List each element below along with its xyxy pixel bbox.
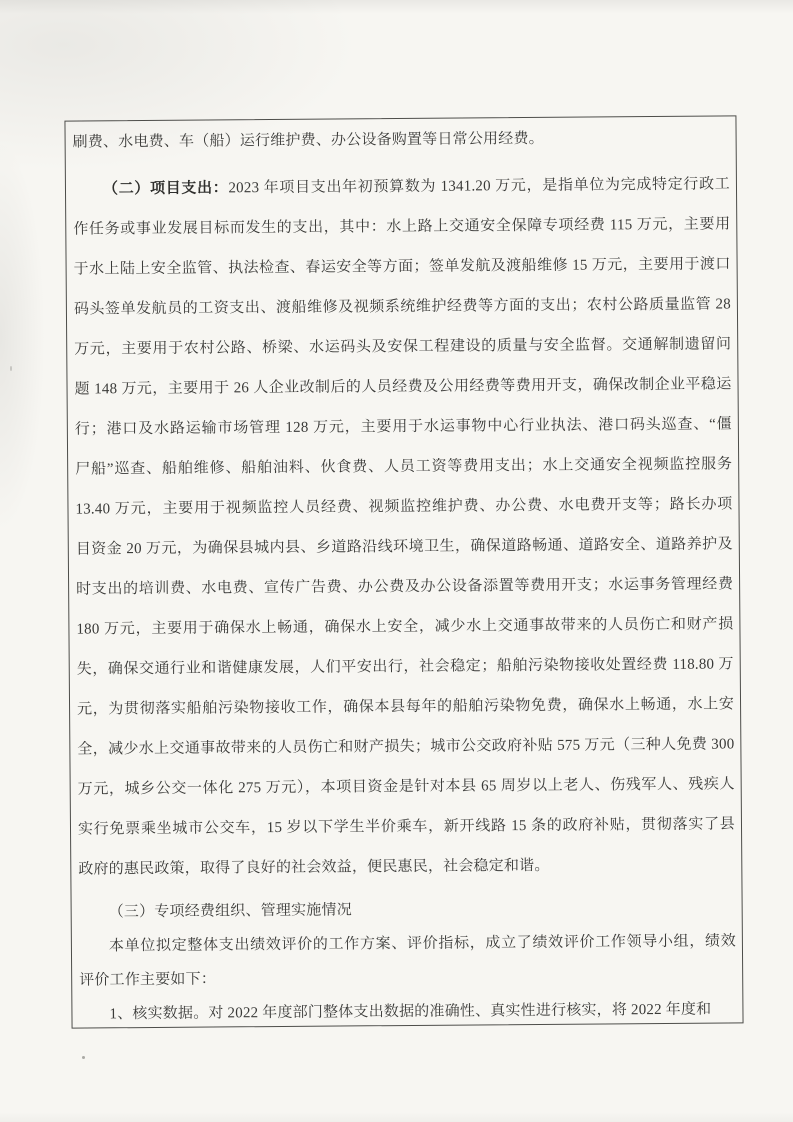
text-line: 行；港口及水路运输市场管理 128 万元，主要用于水运事物中心行业执法、港口码头… xyxy=(75,404,732,449)
text-line: 刷费、水电费、车（船）运行维护费、办公设备购置等日常公用经费。 xyxy=(72,117,729,162)
paragraph: 1、核实数据。对 2022 年度部门整体支出数据的准确性、真实性进行核实，将 2… xyxy=(79,992,736,1028)
text-line: 全，减少水上交通事故带来的人员伤亡和财产损失；城市公交政府补贴 575 万元（三… xyxy=(77,724,734,769)
scanned-page: { "colors": { "page_bg": "#f7f6f2", "tex… xyxy=(0,0,793,1122)
text-line: 元，为贯彻落实船舶污染物接收工作，确保本县每年的船舶污染物免费，确保水上畅通，水… xyxy=(77,684,734,729)
paragraph: 本单位拟定整体支出绩效评价的工作方案、评价指标，成立了绩效评价工作领导小组，绩效… xyxy=(79,924,737,997)
scan-speck xyxy=(10,366,12,371)
text-line: 码头签单发航员的工资支出、渡船维修及视频系统维护经费等方面的支出；农村公路质量监… xyxy=(74,284,731,329)
text-line: 题 148 万元，主要用于 26 人企业改制后的人员经费及公用经费等费用开支，确… xyxy=(74,364,731,409)
paragraph: 刷费、水电费、车（船）运行维护费、办公设备购置等日常公用经费。 xyxy=(72,117,729,162)
paragraph-heading: （二）项目支出： xyxy=(103,180,229,197)
text-line: 180 万元，主要用于确保水上畅通，确保水上安全，减少水上交通事故带来的人员伤亡… xyxy=(76,604,733,649)
text-line: 评价工作主要如下： xyxy=(79,958,736,997)
text-line: 目资金 20 万元，为确保县城内县、乡道路沿线环境卫生，确保道路畅通、道路安全、… xyxy=(76,524,733,569)
text-line: 于水上陆上安全监管、执法检查、春运安全等方面；签单发航及渡船维修 15 万元，主… xyxy=(73,244,730,289)
text-line: 本单位拟定整体支出绩效评价的工作方案、评价指标，成立了绩效评价工作领导小组，绩效 xyxy=(79,924,736,963)
paragraph: （三）专项经费组织、管理实施情况 xyxy=(79,890,736,929)
text-line: 万元，城乡公交一体化 275 万元），本项目资金是针对本县 65 周岁以上老人、… xyxy=(78,764,735,809)
scan-speck xyxy=(82,1056,85,1059)
text-line: 1、核实数据。对 2022 年度部门整体支出数据的准确性、真实性进行核实，将 2… xyxy=(79,992,736,1028)
document-body: 刷费、水电费、车（船）运行维护费、办公设备购置等日常公用经费。（二）项目支出：2… xyxy=(72,117,736,1028)
document-frame: 刷费、水电费、车（船）运行维护费、办公设备购置等日常公用经费。（二）项目支出：2… xyxy=(64,115,743,1028)
text-line: 尸船”巡查、船舶维修、船舶油料、伙食费、人员工资等费用支出；水上交通安全视频监控… xyxy=(75,444,732,489)
text-line: 作任务或事业发展目标而发生的支出，其中：水上路上交通安全保障专项经费 115 万… xyxy=(73,204,730,249)
text-line: 时支出的培训费、水电费、宣传广告费、办公费及办公设备添置等费用开支；水运事务管理… xyxy=(76,564,733,609)
text-line: 万元，主要用于农村公路、桥梁、水运码头及安保工程建设的质量与安全监督。交通解制遗… xyxy=(74,324,731,369)
text-line: 失，确保交通行业和谐健康发展，人们平安出行，社会稳定；船舶污染物接收处置经费 1… xyxy=(77,644,734,689)
text-line: （三）专项经费组织、管理实施情况 xyxy=(79,890,736,929)
paragraph: （二）项目支出：2023 年项目支出年初预算数为 1341.20 万元，是指单位… xyxy=(73,164,736,889)
text-line: 13.40 万元，主要用于视频监控人员经费、视频监控维护费、办公费、水电费开支等… xyxy=(75,484,732,529)
text-line: （二）项目支出：2023 年项目支出年初预算数为 1341.20 万元，是指单位… xyxy=(73,164,730,209)
text-line: 实行免票乘坐城市公交车，15 岁以下学生半价乘车，新开线路 15 条的政府补贴，… xyxy=(78,804,735,849)
text-line: 政府的惠民政策，取得了良好的社会效益，便民惠民，社会稳定和谐。 xyxy=(78,844,735,889)
